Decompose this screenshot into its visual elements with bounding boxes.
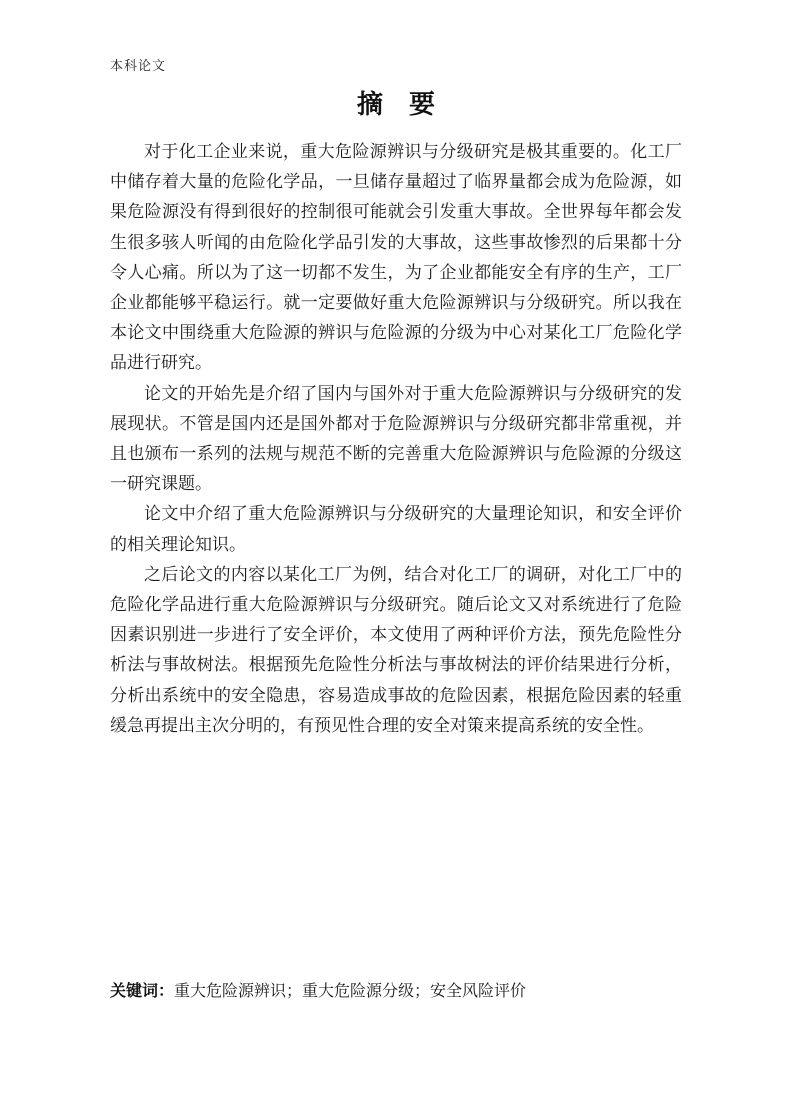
abstract-body: 对于化工企业来说，重大危险源辨识与分级研究是极其重要的。化工厂中储存着大量的危险… <box>110 137 682 741</box>
abstract-paragraph-3: 论文中介绍了重大危险源辨识与分级研究的大量理论知识，和安全评价的相关理论知识。 <box>110 499 682 559</box>
keywords-text: 重大危险源辨识；重大危险源分级；安全风险评价 <box>174 983 526 1000</box>
abstract-paragraph-4: 之后论文的内容以某化工厂为例，结合对化工厂的调研，对化工厂中的危险化学品进行重大… <box>110 560 682 741</box>
document-type-header: 本科论文 <box>110 55 166 74</box>
thesis-abstract-page: 本科论文 摘 要 对于化工企业来说，重大危险源辨识与分级研究是极其重要的。化工厂… <box>0 0 790 1118</box>
abstract-paragraph-1: 对于化工企业来说，重大危险源辨识与分级研究是极其重要的。化工厂中储存着大量的危险… <box>110 137 682 379</box>
abstract-paragraph-2: 论文的开始先是介绍了国内与国外对于重大危险源辨识与分级研究的发展现状。不管是国内… <box>110 379 682 500</box>
keywords-label: 关键词： <box>110 983 174 1000</box>
keywords-line: 关键词：重大危险源辨识；重大危险源分级；安全风险评价 <box>110 980 682 1004</box>
abstract-title: 摘 要 <box>110 84 682 121</box>
